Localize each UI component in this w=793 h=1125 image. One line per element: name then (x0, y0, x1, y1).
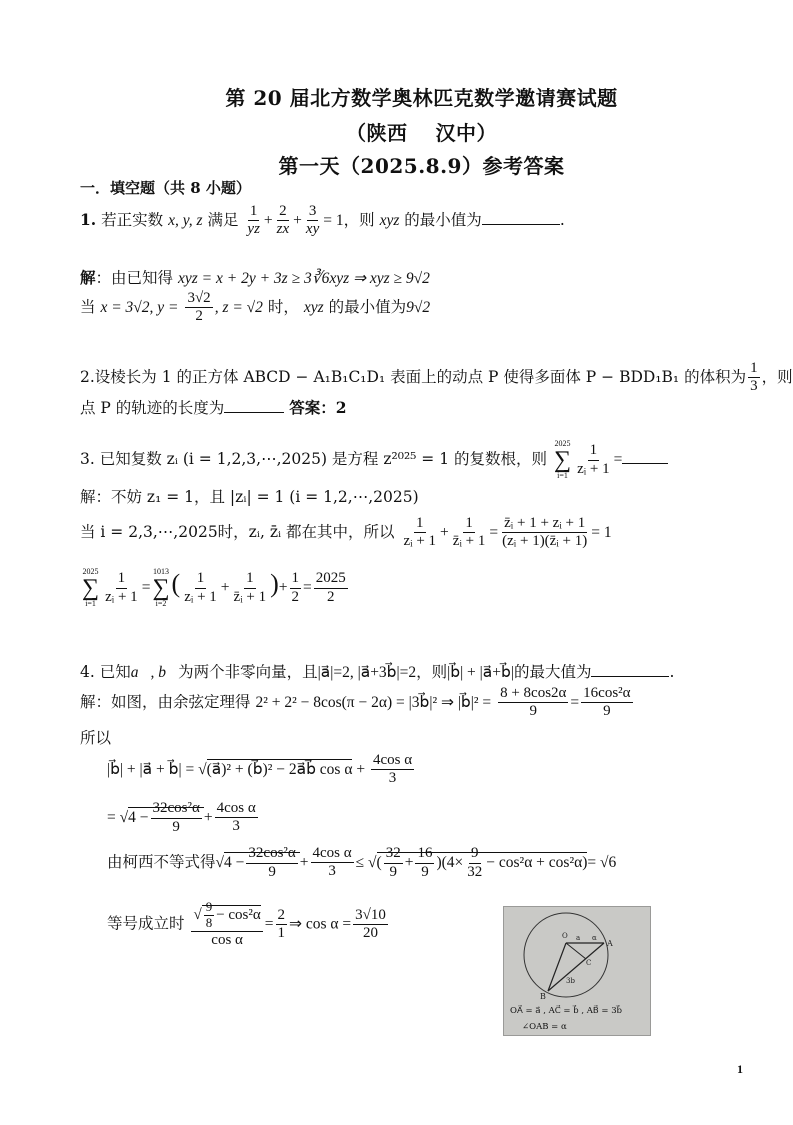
problem-number: 1. (80, 210, 96, 229)
problem-3-question: 3. 已知复数 zᵢ (i = 1,2,3,⋯,2025) 是方程 z²⁰²⁵ … (80, 440, 668, 480)
svg-text:∠OAB = α: ∠OAB = α (522, 1022, 567, 1032)
problem-3-solution-line-2: 当 i = 2,3,⋯,2025时，zᵢ, z̄ᵢ 都在其中，所以 1zᵢ + … (80, 515, 612, 551)
summation: 2025∑i=1 (554, 440, 571, 480)
problem-1-solution-line-2: 当 x = 3√2, y = 3√22, z = √2 时， xyz 的最小值为… (80, 290, 430, 326)
svg-text:a: a (576, 934, 580, 942)
svg-text:C: C (586, 959, 591, 967)
fraction: 2zx (275, 203, 292, 239)
fraction: 3√22 (185, 290, 212, 326)
problem-4-equation-1: |b⃗| + |a⃗ + b⃗| = √(a⃗)² + (b⃗)² − 2a⃗b… (107, 752, 416, 788)
fraction: 3xy (304, 203, 321, 239)
problem-3-solution-line-1: 解：不妨 z₁ = 1，且 |zᵢ| = 1 (i = 1,2,⋯,2025) (80, 485, 419, 507)
svg-text:A: A (606, 939, 613, 948)
svg-text:3b: 3b (566, 977, 575, 985)
section-heading: 一．填空题（共 8 小题） (80, 177, 251, 198)
svg-text:O: O (562, 932, 568, 940)
problem-2-line-1: 2.设棱长为 1 的正方体 ABCD − A₁B₁C₁D₁ 表面上的动点 P 使… (80, 360, 793, 396)
circle-diagram-icon: O A B C a α 3b OA⃗ = a⃗ , AC⃗ = b⃗ , AB⃗… (504, 907, 650, 1035)
page-number: 1 (737, 1062, 743, 1077)
handdrawn-figure: O A B C a α 3b OA⃗ = a⃗ , AC⃗ = b⃗ , AB⃗… (503, 906, 651, 1036)
problem-4-question: 4. 已知a⃗, b⃗为两个非零向量，且|a⃗|=2, |a⃗+3b⃗|=2，则… (80, 660, 674, 682)
answer-label: 答案：2 (289, 398, 346, 417)
document-location: （陕西 汉中） (0, 117, 793, 146)
problem-4-cauchy: 由柯西不等式得√4 −32cos²α9+4cos α3≤ √(329+169)(… (107, 845, 616, 881)
svg-text:α: α (592, 934, 597, 942)
answer-blank (622, 463, 668, 464)
problem-1-question: 1. 若正实数 x, y, z 满足 1yz+2zx+3xy= 1，则 xyz … (80, 203, 565, 239)
document-subtitle: 第一天（2025.8.9）参考答案 (0, 150, 793, 179)
problem-3-solution-line-3: 2025∑i=11zᵢ + 1=1013∑i=2(1zᵢ + 1+1z̄ᵢ + … (80, 568, 350, 608)
problem-1-solution-line-1: 解：由已知得 xyz = x + 2y + 3z ≥ 3∛6xyz ⇒ xyz … (80, 266, 430, 288)
problem-4-so: 所以 (80, 726, 111, 748)
problem-2-line-2: 点 P 的轨迹的长度为 答案：2 (80, 396, 347, 418)
problem-4-solution-line-1: 解：如图，由余弦定理得 2² + 2² − 8cos(π − 2α) = |3b… (80, 685, 635, 721)
document-title: 第 20 届北方数学奥林匹克数学邀请赛试题 (0, 82, 793, 111)
fraction: 13 (748, 360, 760, 396)
problem-4-equality: 等号成立时 √98− cos²αcos α=21⇒ cos α =3√1020 (107, 900, 390, 949)
svg-text:B: B (540, 992, 546, 1001)
answer-blank (224, 412, 284, 413)
svg-text:OA⃗ = a⃗ , AC⃗ = b⃗ , AB⃗ = 3b: OA⃗ = a⃗ , AC⃗ = b⃗ , AB⃗ = 3b⃗ (510, 1004, 623, 1016)
problem-4-equation-2: = √4 −32cos²α9+4cos α3 (107, 800, 260, 836)
fraction: 1zᵢ + 1 (575, 442, 612, 478)
fraction: 1yz (245, 203, 262, 239)
answer-blank (482, 224, 560, 225)
answer-blank (591, 676, 669, 677)
